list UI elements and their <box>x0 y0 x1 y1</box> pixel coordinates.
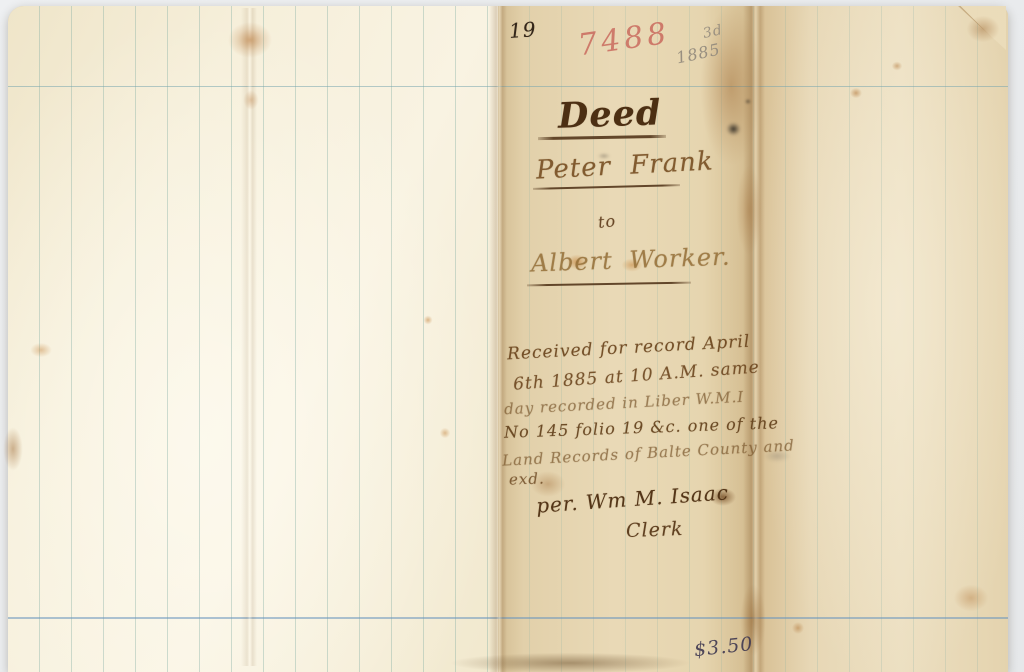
ink-smudge <box>744 98 752 105</box>
connector-handwriting: to <box>597 211 617 232</box>
right-page-panel <box>754 6 1008 672</box>
footer-rule-line <box>8 617 1008 619</box>
deed-title-handwriting: Deed <box>557 92 662 137</box>
header-rule-line <box>8 86 1008 87</box>
fold-crease-left <box>241 8 257 666</box>
fold-crease-center <box>489 6 507 672</box>
document-paper <box>8 6 1008 672</box>
ink-smudge <box>726 122 741 136</box>
photo-frame: 19 7488 3d 1885 Deed Peter Frank to Albe… <box>0 0 1024 672</box>
recording-note-line: exd. <box>509 469 545 488</box>
clerk-title-handwriting: Clerk <box>626 518 684 542</box>
page-number-handwriting: 19 <box>508 17 537 43</box>
